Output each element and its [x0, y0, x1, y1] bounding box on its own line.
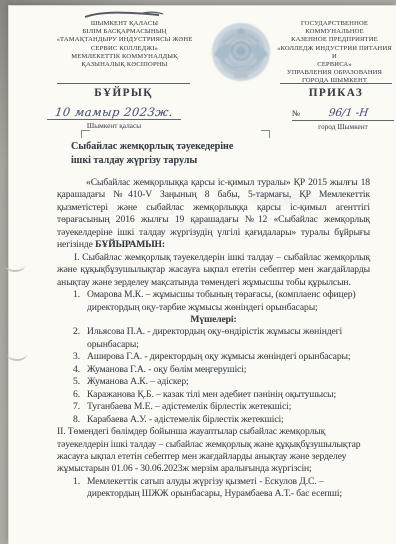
item-number: 7. — [73, 401, 87, 413]
city-label-russian: город Шымкент — [292, 122, 394, 131]
section-1-paragraph: I. Сыбайлас жемқорлық тәуекелдерін ішкі … — [57, 252, 370, 289]
list-item-member: 6. Каражанова Қ.Б. – казак тілі мен әдеб… — [73, 389, 370, 401]
org-line: ГОРОДА ШЫМКЕНТ — [275, 77, 394, 85]
org-line: «КОЛЛЕДЖ ИНДУСТРИИ ПИТАНИЯ И — [275, 45, 394, 61]
org-line: БІЛІМ БАСҚАРМАСЫНЫҢ — [42, 28, 207, 36]
org-line: ГОСУДАРСТВЕННОЕ КОММУНАЛЬНОЕ — [275, 20, 394, 36]
list-item-member: 7. Туганбаева М.Е. – әдістемелік бірлест… — [73, 401, 370, 413]
title-line: Сыбайлас жемқорлық тәуекедеріне — [71, 140, 233, 154]
item-number: 1. — [73, 289, 87, 314]
divider — [280, 83, 392, 84]
item-number: 8. — [73, 414, 87, 426]
document-header: ШЫМКЕНТ ҚАЛАСЫ БІЛІМ БАСҚАРМАСЫНЫҢ «ТАМА… — [42, 20, 394, 86]
divider — [57, 83, 190, 84]
item-number: 3. — [73, 351, 87, 363]
org-line: СЕРВИСА» — [275, 61, 394, 69]
item-text: Жуманова А.К. – әдіскер; — [87, 376, 370, 388]
resolve-word: БҰЙЫРАМЫН: — [95, 239, 165, 250]
item-number: 6. — [73, 389, 87, 401]
list-item-member: 4. Жуманова Г.А. - оқу бөлім меңгерушісі… — [73, 364, 370, 376]
scan-smudge — [249, 191, 319, 207]
document-title: Сыбайлас жемқорлық тәуекедеріне ішкі тал… — [71, 140, 233, 167]
org-name-kazakh: ШЫМКЕНТ ҚАЛАСЫ БІЛІМ БАСҚАРМАСЫНЫҢ «ТАМА… — [42, 20, 207, 69]
scanned-order-page: ШЫМКЕНТ ҚАЛАСЫ БІЛІМ БАСҚАРМАСЫНЫҢ «ТАМА… — [0, 0, 396, 544]
date-block: 10 мамыр 2023ж. Шымкент қаласы — [47, 105, 181, 130]
item-text: Мемлекеттік сатып алуды жүргізу қызметі … — [87, 476, 370, 501]
org-name-russian: ГОСУДАРСТВЕННОЕ КОММУНАЛЬНОЕ КАЗЕННОЕ ПР… — [275, 20, 394, 86]
scan-smudge — [139, 221, 229, 235]
punch-mark — [5, 258, 25, 272]
title-line: ішкі талдау жүргізу тарулы — [71, 154, 233, 168]
preamble-paragraph: «Сыбайлас жемқорлыққа қарсы іс-қимыл тур… — [57, 177, 370, 252]
item-text: Аширова Г.А. - директордың оқу жұмысы жө… — [87, 351, 370, 363]
list-item-member: 2. Ильясова П.А. - директордың оқу-өндір… — [73, 326, 370, 351]
list-item-member: 5. Жуманова А.К. – әдіскер; — [73, 376, 370, 388]
item-text: Каражанова Қ.Б. – казак тілі мен әдебиет… — [87, 389, 370, 401]
item-text: Карабаева А.У. - әдістемелік бірлестік ж… — [87, 414, 370, 426]
item-number: 4. — [73, 364, 87, 376]
paper: ШЫМКЕНТ ҚАЛАСЫ БІЛІМ БАСҚАРМАСЫНЫҢ «ТАМА… — [9, 6, 396, 544]
handwritten-date: 10 мамыр 2023ж. — [54, 106, 174, 119]
number-sign: № — [292, 107, 300, 120]
item-text: Туганбаева М.Е. – әдістемелік бірлестік … — [87, 401, 370, 413]
org-line: ҚАЗЫНАЛЫҚ КӘСІПОРНЫ — [42, 61, 207, 69]
item-text: Омарова М.К. – жұмысшы тобының төрағасы,… — [87, 289, 370, 314]
org-line: УПРАВЛЕНИЯ ОБРАЗОВАНИЯ — [275, 69, 394, 77]
item-number: 2. — [73, 326, 87, 351]
city-label-kazakh: Шымкент қаласы — [47, 121, 181, 130]
org-line: КАЗЕННОЕ ПРЕДПРИЯТИЕ — [275, 36, 394, 44]
members-heading: Мүшелері: — [57, 314, 370, 326]
item-text: Ильясова П.А. - директордың оқу-өндіріст… — [87, 326, 370, 351]
order-number-block: № 96/1 -Н город Шымкент — [292, 107, 394, 131]
kazakhstan-emblem-icon — [209, 22, 273, 84]
org-line: ШЫМКЕНТ ҚАЛАСЫ — [42, 20, 207, 28]
list-item-responsible: 1. Мемлекеттік сатып алуды жүргізу қызме… — [73, 476, 370, 501]
org-line: МЕМЛЕКЕТТІК КОММУНАЛДЫҚ — [42, 53, 207, 61]
item-text: Жуманова Г.А. - оқу бөлім меңгерушісі; — [87, 364, 370, 376]
list-item-chair: 1. Омарова М.К. – жұмысшы тобының төраға… — [73, 289, 370, 314]
org-line: СЕРВИС КОЛЛЕДЖІ» — [42, 45, 207, 53]
crop-mark-right — [261, 130, 270, 138]
section-2-paragraph: II. Төмендегі бөлімдер бойынша жауаптыла… — [57, 426, 370, 476]
list-item-member: 3. Аширова Г.А. - директордың оқу жұмысы… — [73, 351, 370, 363]
state-emblem — [207, 20, 275, 84]
handwritten-number: 96/1 -Н — [302, 107, 394, 120]
order-label-russian: ПРИКАЗ — [280, 87, 392, 99]
item-number: 1. — [73, 476, 87, 501]
list-item-member: 8. Карабаева А.У. - әдістемелік бірлесті… — [73, 414, 370, 426]
punch-mark — [7, 347, 27, 361]
order-label-kazakh: БҰЙРЫҚ — [57, 87, 190, 99]
crop-mark-left — [81, 130, 90, 138]
item-number: 5. — [73, 376, 87, 388]
org-line: «ТАМАҚТАНДЫРУ ИНДУСТРИЯСЫ ЖӘНЕ — [42, 36, 207, 44]
